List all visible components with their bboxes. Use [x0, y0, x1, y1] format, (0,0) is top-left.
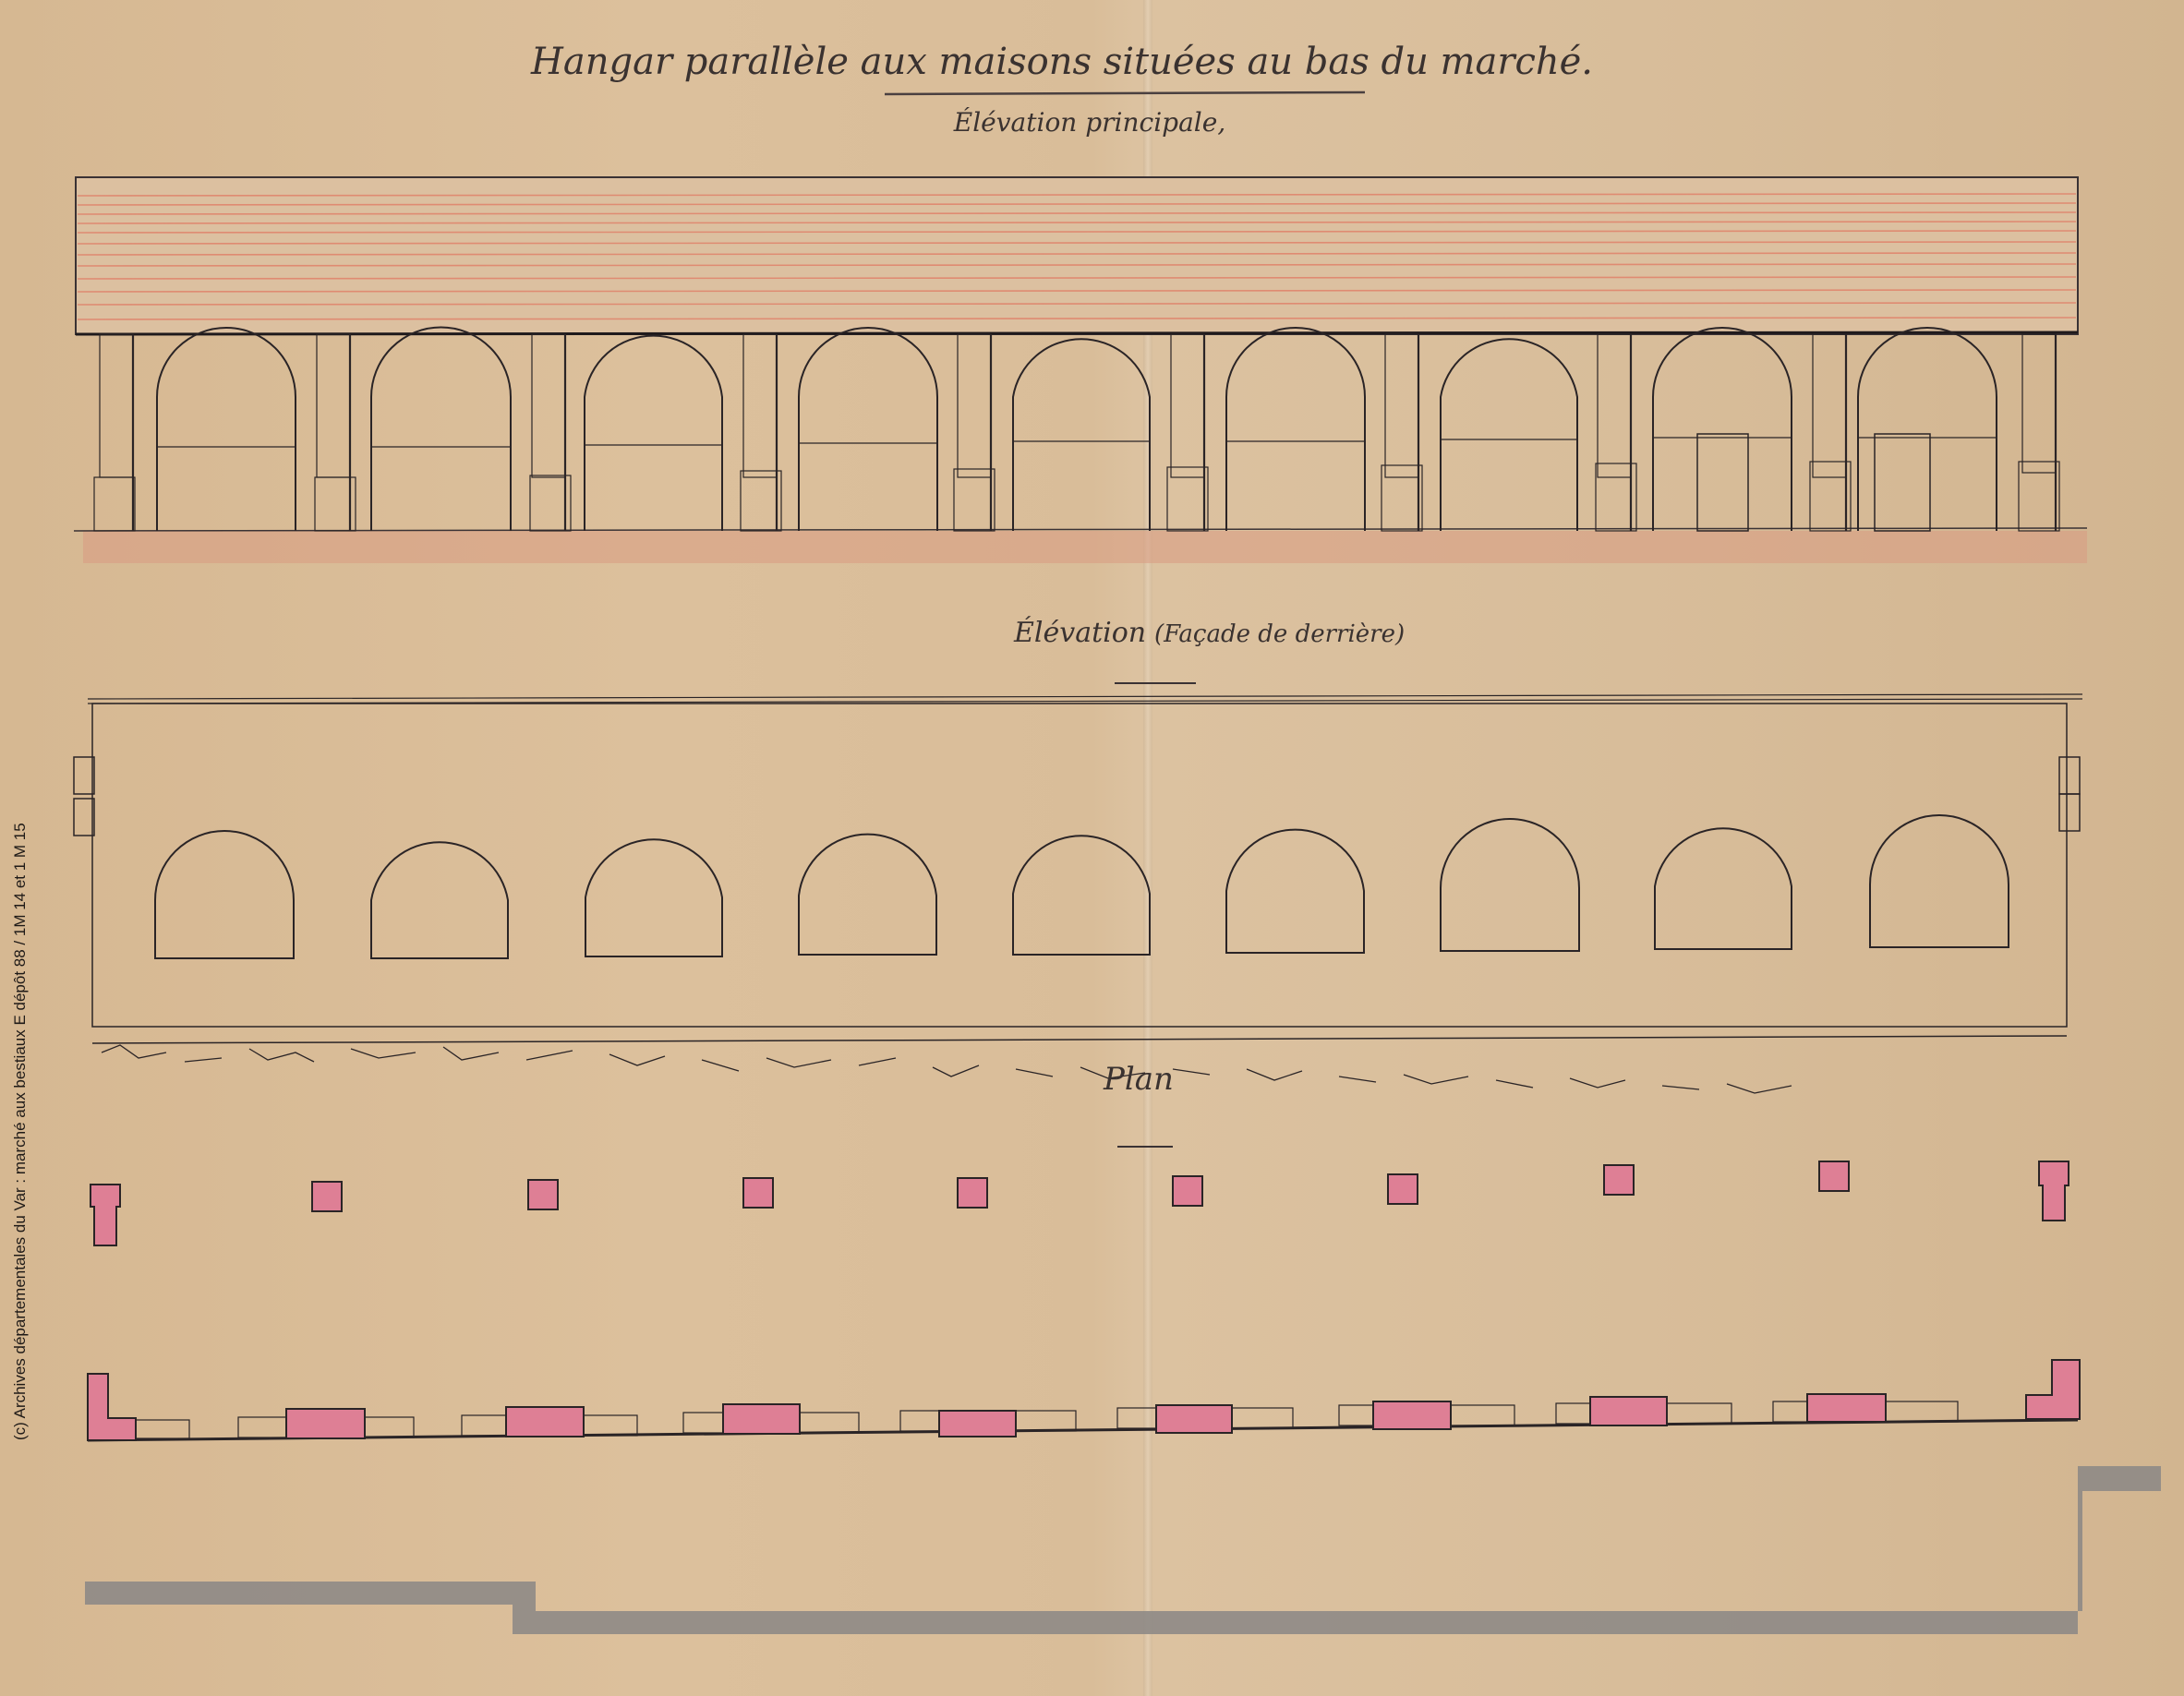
- archive-credit: (c) Archives départementales du Var : ma…: [11, 823, 30, 1440]
- plan: [88, 1161, 2080, 1440]
- back-elevation-label: Élévation: [1013, 616, 1146, 649]
- boundary-wall: [85, 1466, 2161, 1634]
- back-elevation: [74, 694, 2082, 1093]
- back-elevation-sublabel: (Façade de derrière): [1154, 620, 1405, 648]
- architectural-drawing: Hangar parallèle aux maisons situées au …: [0, 0, 2184, 1696]
- front-elevation: [74, 177, 2087, 563]
- front-elevation-label: Élévation principale,: [953, 107, 1225, 138]
- drawing-title: Hangar parallèle aux maisons situées au …: [530, 41, 1593, 83]
- plan-label: Plan: [1103, 1061, 1174, 1098]
